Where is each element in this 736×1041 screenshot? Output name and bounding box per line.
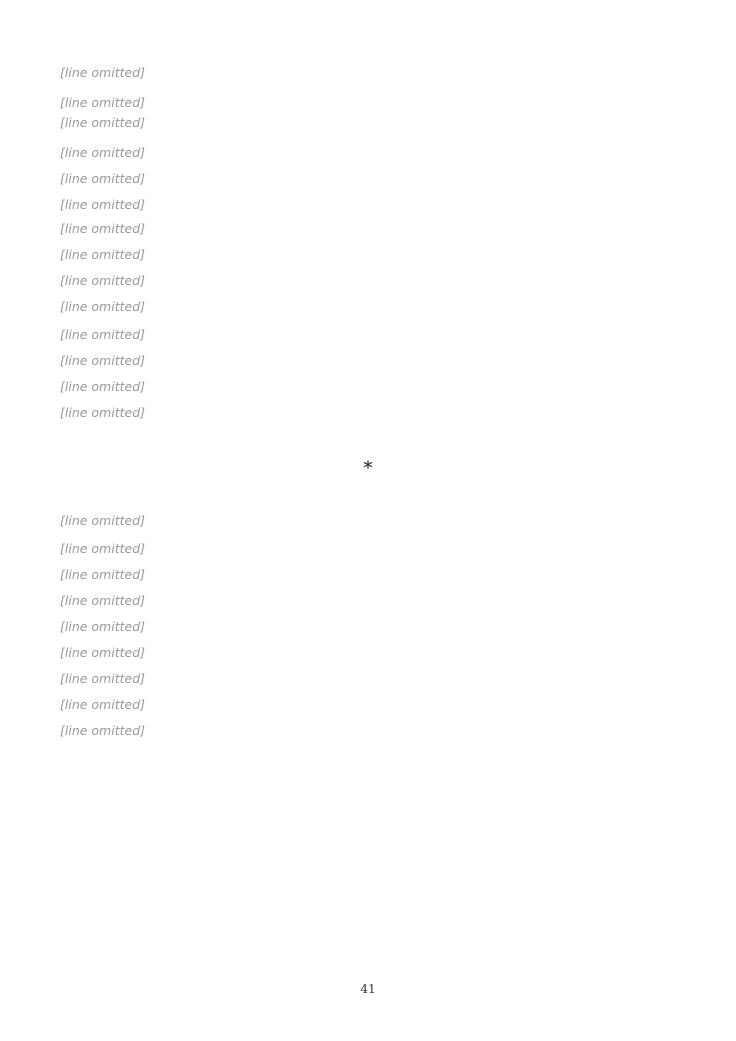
text-line: [line omitted] (60, 272, 696, 290)
text-line: [line omitted] (60, 404, 696, 422)
text-line: [line omitted] (60, 696, 696, 714)
text-line: [line omitted] (60, 144, 696, 162)
text-line: [line omitted] (60, 298, 696, 316)
text-line: [line omitted] (60, 196, 696, 214)
section-separator: * (0, 458, 736, 479)
page-number: 41 (0, 982, 736, 996)
text-line: [line omitted] (60, 592, 696, 610)
text-line: [line omitted] (60, 378, 696, 396)
text-line: [line omitted] (60, 352, 696, 370)
text-line: [line omitted] (60, 644, 696, 662)
text-line: [line omitted] (60, 540, 696, 558)
text-line: [line omitted] (60, 64, 696, 82)
text-line: [line omitted] (60, 566, 696, 584)
text-line: [line omitted] (60, 512, 696, 530)
text-line: [line omitted] (60, 670, 696, 688)
text-line: [line omitted] (60, 722, 696, 740)
text-line: [line omitted] (60, 170, 696, 188)
text-line: [line omitted] (60, 114, 696, 132)
text-line: [line omitted] (60, 94, 696, 112)
text-line: [line omitted] (60, 326, 696, 344)
document-page: [line omitted][line omitted][line omitte… (0, 0, 736, 1041)
text-line: [line omitted] (60, 220, 696, 238)
text-line: [line omitted] (60, 246, 696, 264)
text-line: [line omitted] (60, 618, 696, 636)
